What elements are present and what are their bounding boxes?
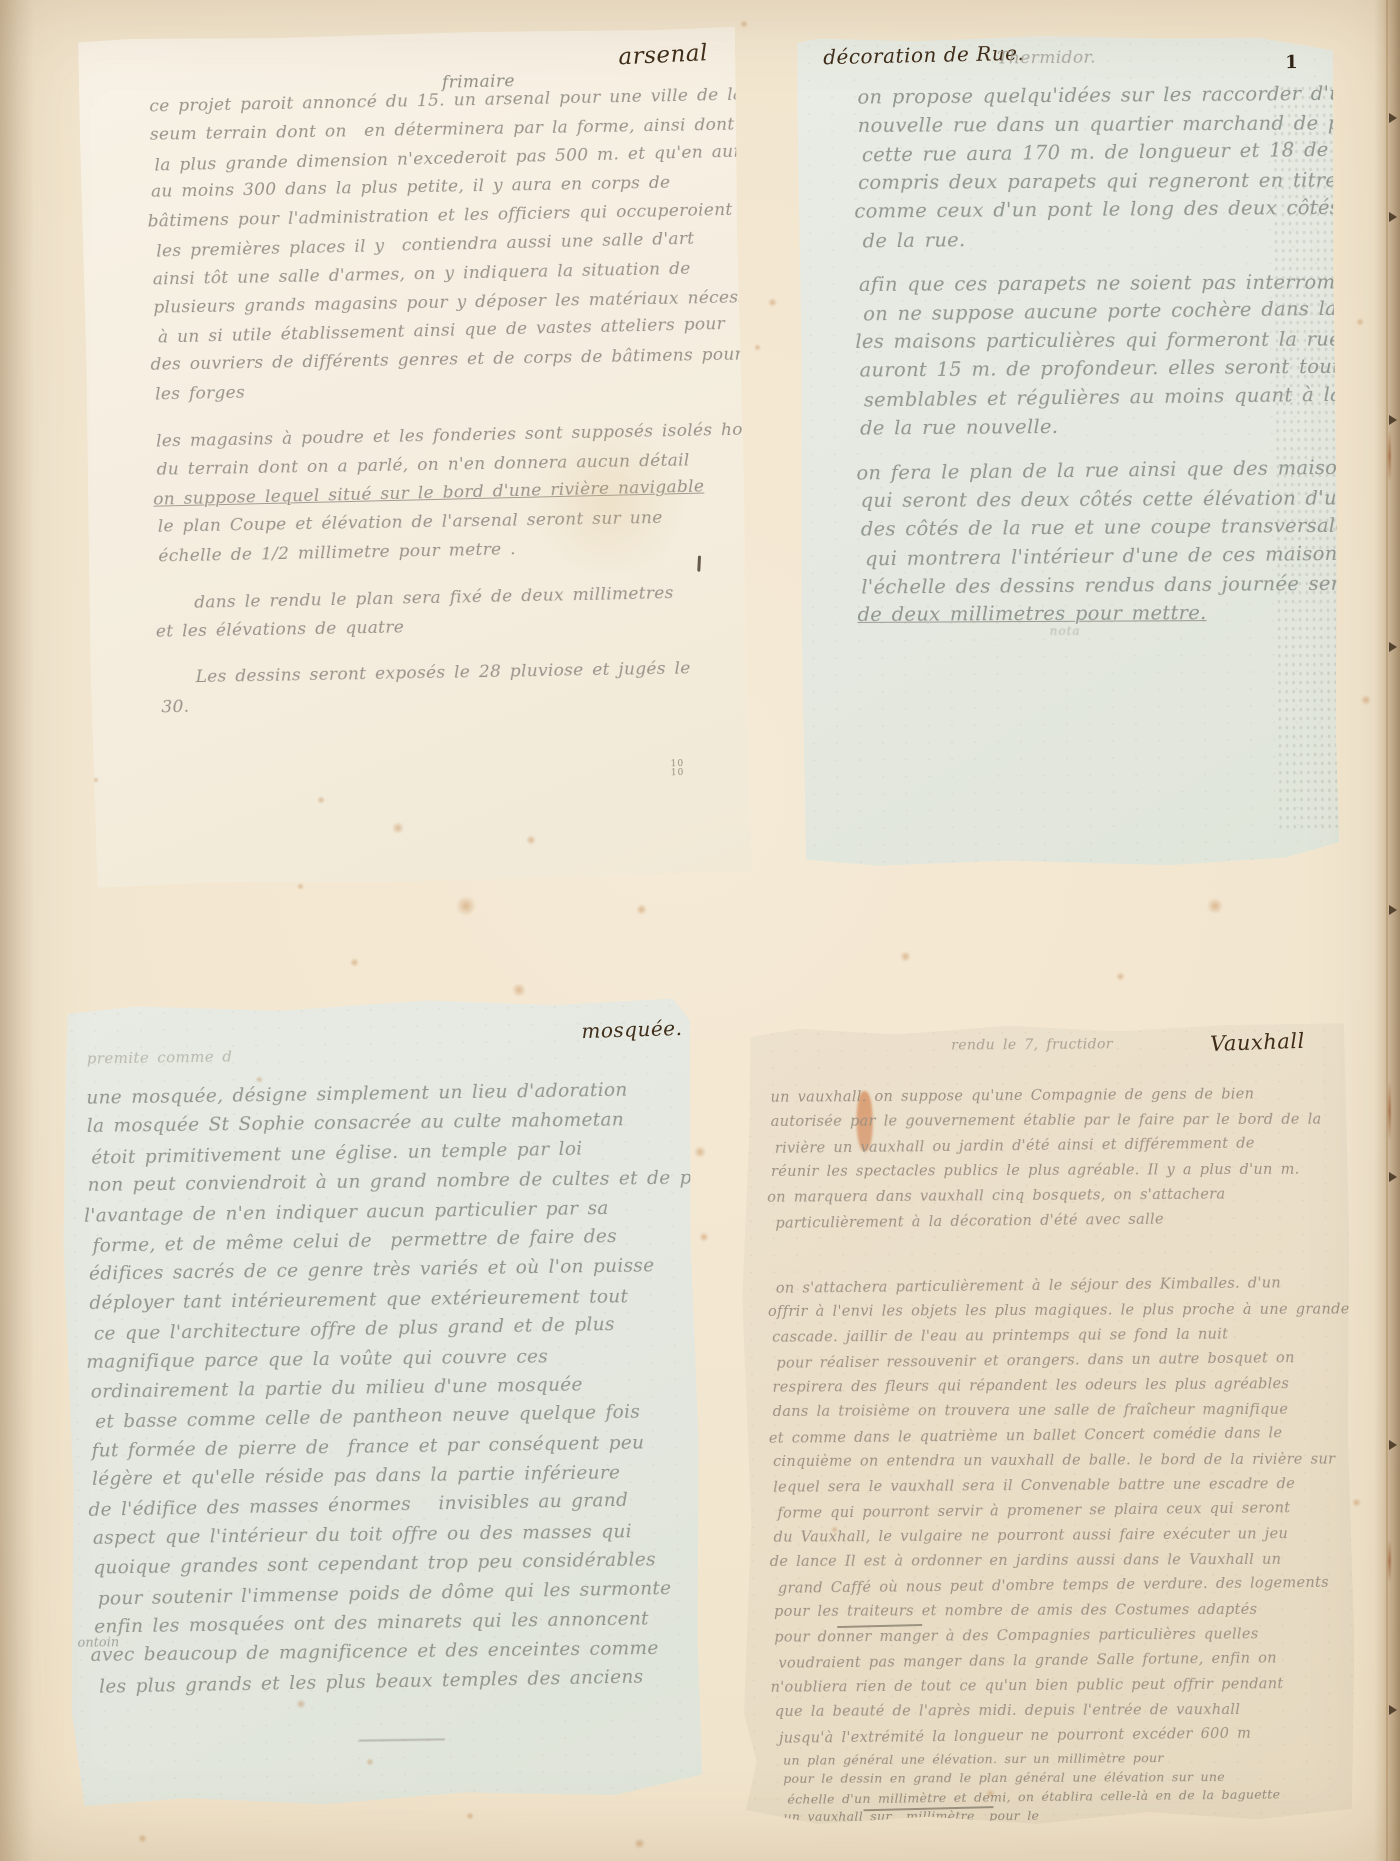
foxing-spot	[526, 835, 536, 845]
handwritten-line: afin que ces parapets ne soient pas inte…	[859, 268, 1324, 299]
handwritten-text-block: ce projet paroit annoncé du 15. un arsen…	[149, 81, 747, 723]
foxing-spot	[1207, 898, 1223, 914]
handwritten-line: de la rue nouvelle.	[860, 410, 1325, 442]
handwritten-line: les maisons particulières qui formeront …	[855, 325, 1324, 356]
scanned-album-page: { "page": { "album_page_number": "1", "c…	[0, 0, 1400, 1861]
foxing-spot	[93, 777, 99, 783]
document-decoration-de-rue: décoration de Rue. Thermidor. 1 on propo…	[797, 34, 1340, 868]
album-left-edge	[0, 0, 34, 1861]
foxing-spot	[636, 904, 647, 915]
handwritten-text-block: un vauxhall. on suppose qu'une Compagnie…	[770, 1082, 1335, 1751]
foxing-spot	[456, 896, 476, 916]
foxing-spot	[768, 298, 777, 307]
handwritten-line: des côtés de la rue et une coupe transve…	[861, 512, 1326, 544]
handwritten-line: du Vauxhall, le vulgaire ne pourront aus…	[773, 1522, 1333, 1551]
pencil-note-nota: nota	[1050, 624, 1081, 638]
foxing-spot	[1356, 318, 1364, 326]
foxing-spot	[466, 1812, 474, 1820]
handwritten-line: on fera le plan de la rue ainsi que des …	[856, 454, 1325, 488]
handwritten-line: respirera des fleurs qui répandent les o…	[772, 1372, 1332, 1401]
foxing-spot	[699, 1232, 709, 1242]
foxing-spot	[256, 1076, 263, 1083]
handwritten-line: offrir à l'envi les objets les plus magi…	[768, 1298, 1332, 1325]
foxing-spot	[694, 1146, 706, 1158]
handwritten-line: qui montrera l'intérieur d'une de ces ma…	[865, 540, 1326, 574]
handwritten-line: pour les traiteurs et nombre de amis des…	[774, 1598, 1334, 1625]
page-number: 1	[1285, 52, 1298, 73]
handwritten-line: cette rue aura 170 m. de longueur et 18 …	[862, 136, 1323, 170]
embossed-stamp: 10 10	[671, 760, 685, 778]
foxing-spot	[317, 796, 325, 804]
handwritten-line: de deux millimetres pour mettre.	[857, 599, 1326, 630]
foxing-spot	[900, 951, 911, 962]
rust-streak	[1388, 1082, 1391, 1140]
ink-title-decoration-de-rue: décoration de Rue.	[823, 41, 1025, 69]
foxing-spot	[297, 883, 304, 890]
foxing-spot	[296, 1699, 306, 1709]
foxing-spot	[138, 1834, 147, 1843]
foxing-spot	[740, 20, 748, 28]
foxing-spot	[986, 1789, 995, 1798]
pencil-header-rendu-fructidor: rendu le 7, fructidor	[951, 1036, 1113, 1053]
pencil-header-thermidor: Thermidor.	[997, 48, 1096, 69]
handwritten-line: qui seront des deux côtés cette élévatio…	[861, 484, 1326, 515]
handwritten-line: nouvelle rue dans un quartier marchand d…	[858, 109, 1323, 140]
ink-title-arsenal: arsenal	[618, 40, 709, 70]
foxing-spot	[1116, 972, 1125, 981]
handwritten-line: réunir les spectacles publics le plus ag…	[771, 1158, 1331, 1185]
ink-title-vauxhall: Vauxhall	[1210, 1029, 1305, 1056]
pencil-header: premite comme d	[87, 1047, 233, 1067]
handwritten-text-block: une mosquée, désigne simplement un lieu …	[86, 1075, 685, 1701]
ink-title-mosquee: mosquée.	[581, 1016, 683, 1043]
rust-streak	[1388, 430, 1391, 482]
handwritten-line: on ne suppose aucune porte cochère dans …	[863, 295, 1324, 329]
binding-stitch-mark	[1389, 1172, 1397, 1182]
binding-stitch-mark	[1389, 905, 1397, 915]
binding-stitch-mark	[1389, 1440, 1397, 1450]
foxing-spot	[512, 983, 526, 997]
handwritten-line: cinquième on entendra un vauxhall de bal…	[773, 1448, 1333, 1475]
foxing-spot	[392, 822, 404, 834]
foxing-spot	[634, 1838, 645, 1849]
handwritten-text-block: on propose quelqu'idées sur les raccorde…	[857, 80, 1326, 630]
handwritten-line: n'oubliera rien de tout ce qu'un bien pu…	[771, 1672, 1335, 1701]
foxing-spot	[1361, 695, 1371, 705]
document-vauxhall: rendu le 7, fructidor Vauxhall un vauxha…	[738, 1022, 1356, 1826]
margin-note: ontoin	[77, 1635, 119, 1651]
document-arsenal: arsenal frimaire ce projet paroit annonc…	[78, 27, 752, 888]
handwritten-line: auront 15 m. de profondeur. elles seront…	[860, 353, 1325, 385]
handwritten-line: l'échelle des dessins rendus dans journé…	[861, 569, 1326, 601]
binding-stitch-mark	[1389, 415, 1397, 425]
stamp-text: 10	[671, 769, 685, 778]
binding-stitch-mark	[1389, 1705, 1397, 1715]
handwritten-line: on propose quelqu'idées sur les raccorde…	[857, 80, 1322, 112]
binding-stitch-mark	[1389, 642, 1397, 652]
handwritten-line: compris deux parapets qui regneront en t…	[858, 166, 1323, 197]
document-mosquee: mosquée. premite comme d une mosquée, dé…	[60, 997, 704, 1808]
foxing-spot	[831, 1526, 838, 1533]
handwritten-line: semblables et régulières au moins quant …	[864, 381, 1325, 415]
handwritten-line: comme ceux d'un pont le long des deux cô…	[854, 194, 1323, 226]
handwritten-text-block-small: un plan général une élévation. sur un mi…	[783, 1747, 1344, 1827]
rust-streak	[1388, 1540, 1391, 1582]
handwritten-line: de la rue.	[862, 222, 1323, 256]
foxing-spot	[1352, 1498, 1361, 1507]
handwritten-line: un vauxhall sur millimètre pour le	[783, 1805, 1343, 1826]
handwritten-line: un vauxhall. on suppose qu'une Compagnie…	[770, 1082, 1330, 1111]
foxing-spot	[754, 344, 761, 351]
binding-stitch-mark	[1389, 212, 1397, 222]
binding-stitch-mark	[1389, 113, 1397, 123]
foxing-spot	[366, 1758, 374, 1766]
foxing-spot	[350, 958, 359, 967]
